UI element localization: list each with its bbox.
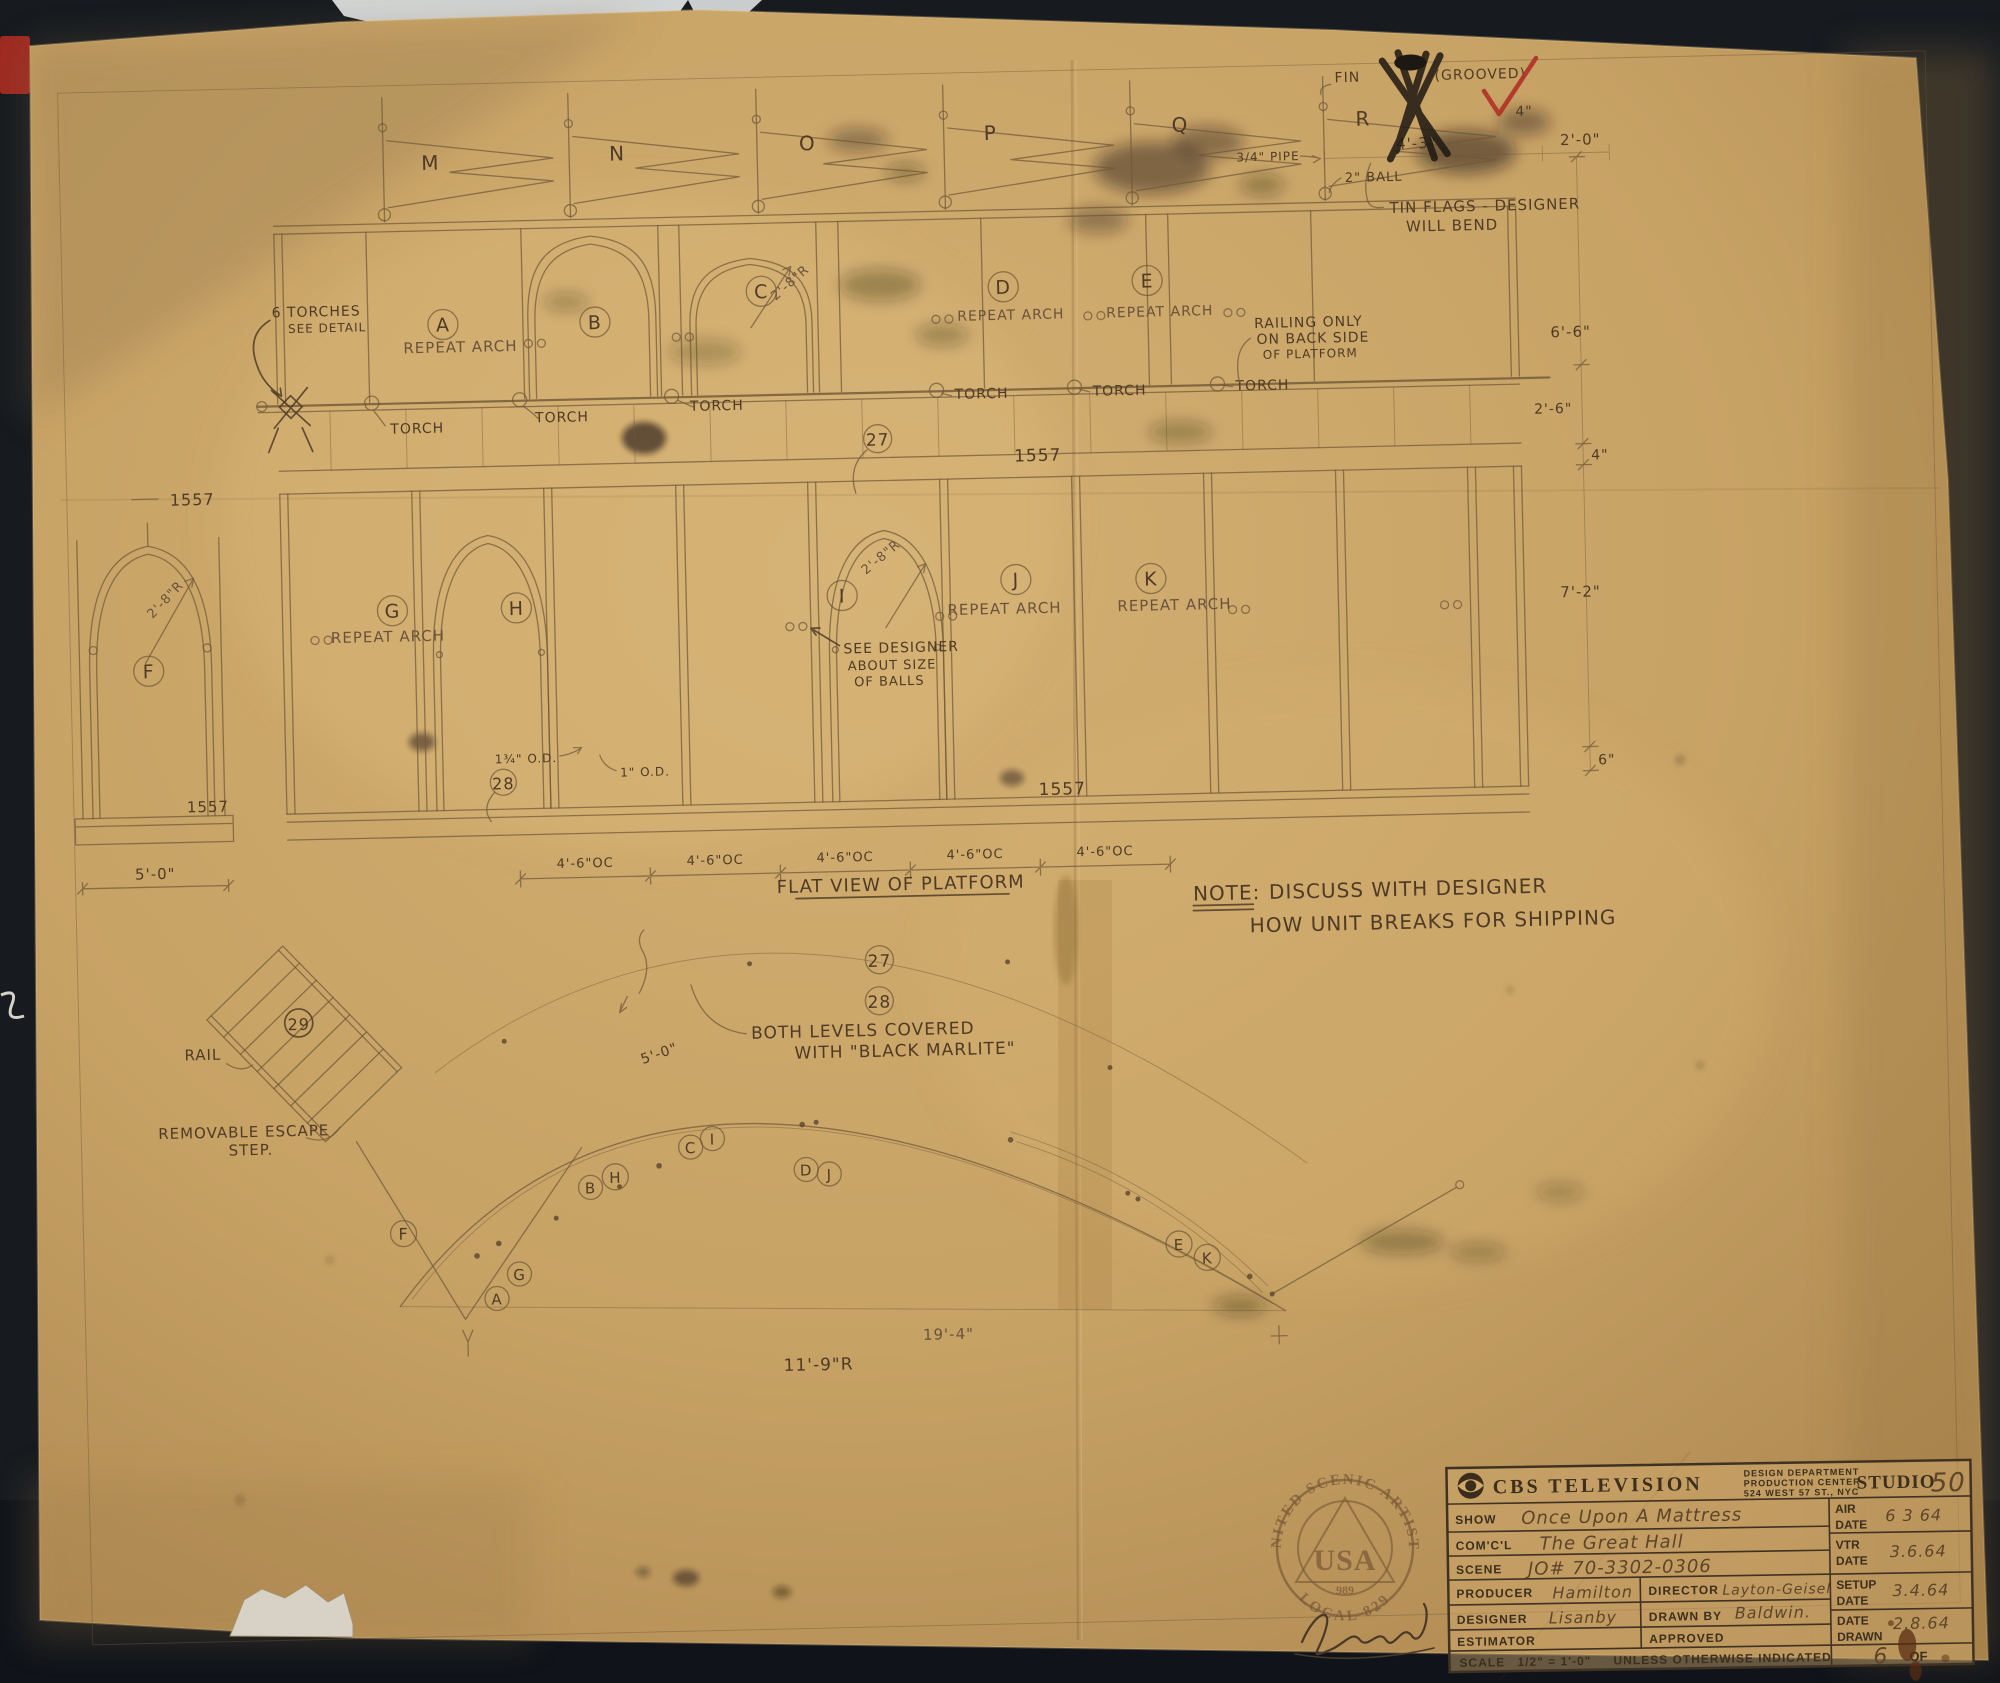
flag-label-o: O — [799, 131, 816, 155]
repeat-arch-j: REPEAT ARCH — [947, 599, 1062, 620]
svg-text:B: B — [585, 1179, 597, 1197]
svg-text:D: D — [800, 1161, 813, 1179]
svg-text:I: I — [710, 1131, 716, 1149]
air-date-label: DATE — [1835, 1518, 1867, 1532]
flag-label-q: Q — [1171, 113, 1188, 137]
dim-2-6: 2'-6" — [1534, 401, 1573, 418]
scale-value: 1/2" = 1'-0" — [1517, 1654, 1591, 1669]
svg-text:J: J — [825, 1166, 832, 1184]
vtr-date-value: 3.6.64 — [1890, 1541, 1947, 1561]
producer-value: Hamilton — [1552, 1582, 1633, 1602]
repeat-arch-a: REPEAT ARCH — [403, 337, 518, 358]
label-1557-upper: 1557 — [1014, 446, 1062, 467]
svg-text:G: G — [384, 601, 400, 623]
torch-label-1: TORCH — [389, 421, 444, 438]
scene-value: JO# 70-3302-0306 — [1525, 1556, 1712, 1580]
company-name: CBS TELEVISION — [1493, 1473, 1703, 1498]
repeat-arch-k: REPEAT ARCH — [1117, 595, 1232, 616]
estimator-label: ESTIMATOR — [1457, 1634, 1536, 1649]
fin-note-2: (GROOVED) — [1434, 66, 1526, 84]
torch-label-2: TORCH — [534, 409, 589, 426]
slab-hatch-right — [1343, 787, 1521, 815]
svg-text:G: G — [513, 1266, 526, 1284]
torches-note-line1: 6 TORCHES — [271, 303, 360, 321]
designer-note-3: OF BALLS — [854, 674, 925, 691]
escape-note-2: STEP. — [228, 1141, 273, 1160]
setup-label: SETUP — [1836, 1577, 1876, 1592]
svg-text:I: I — [839, 585, 846, 607]
stamp-monogram: USA — [1313, 1544, 1376, 1577]
designer-value: Lisanby — [1549, 1607, 1618, 1627]
dim-4-6-5: 4'-6"OC — [1076, 844, 1133, 860]
deck-hatch-left — [421, 466, 551, 490]
svg-text:E: E — [1174, 1236, 1185, 1254]
dim-4-6-4: 4'-6"OC — [946, 847, 1003, 863]
designer-note-1: SEE DESIGNER — [843, 639, 959, 658]
dim-6in: 6" — [1598, 752, 1616, 768]
drawn-date-label: DATE — [1837, 1614, 1869, 1628]
flag-label-r: R — [1355, 106, 1370, 130]
setup-date-value: 3.4.64 — [1892, 1580, 1949, 1600]
svg-text:F: F — [398, 1225, 409, 1244]
svg-text:E: E — [1140, 270, 1154, 292]
dept-line3: 524 WEST 57 ST., NYC — [1744, 1487, 1860, 1499]
torch-label-3: TORCH — [689, 398, 744, 415]
svg-text:28: 28 — [867, 993, 891, 1014]
pipe-note: 3/4" PIPE — [1236, 149, 1300, 164]
paper-sheet — [30, 10, 1995, 1680]
svg-text:27: 27 — [866, 430, 890, 451]
svg-text:27: 27 — [867, 951, 891, 972]
drawnby-label: DRAWN BY — [1649, 1609, 1723, 1624]
railing-note-3: OF PLATFORM — [1263, 346, 1358, 362]
tin-flags-note-2: WILL BEND — [1406, 216, 1499, 236]
scanned-blueprint-photo: M N O P Q R 2'-8"R A B C D — [0, 0, 2000, 1683]
scale-label: SCALE — [1459, 1655, 1505, 1670]
svg-text:28: 28 — [492, 774, 515, 794]
rail-label: RAIL — [184, 1046, 221, 1065]
od-note-134: 1¾" O.D. — [495, 751, 558, 766]
deck-hatch-right — [1335, 444, 1513, 469]
svg-text:A: A — [491, 1290, 503, 1308]
torch-label-5: TORCH — [1091, 383, 1146, 400]
dim-4in: 4" — [1591, 447, 1609, 463]
blueprint-canvas: M N O P Q R 2'-8"R A B C D — [0, 0, 2000, 1683]
stamp-number: 989 — [1336, 1583, 1354, 1597]
dim-4-6-3: 4'-6"OC — [816, 850, 873, 866]
title-block: CBS TELEVISION DESIGN DEPARTMENT PRODUCT… — [1446, 1460, 1973, 1683]
shipping-note-label: NOTE: — [1193, 880, 1261, 906]
vtr-label: VTR — [1836, 1538, 1861, 1552]
svg-text:F: F — [143, 661, 155, 683]
svg-text:D: D — [995, 277, 1011, 299]
svg-text:H: H — [609, 1169, 622, 1187]
sheet-number: 6 — [1873, 1644, 1888, 1669]
director-value: Layton-Geisel — [1722, 1581, 1831, 1599]
show-value: Once Upon A Mattress — [1521, 1504, 1742, 1528]
approved-label: APPROVED — [1649, 1631, 1725, 1646]
dim-6-6: 6'-6" — [1550, 322, 1591, 341]
air-label: AIR — [1835, 1502, 1856, 1516]
dim-5-0: 5'-0" — [135, 865, 176, 884]
flag-label-p: P — [983, 121, 997, 145]
svg-text:K: K — [1144, 568, 1158, 590]
drawnby-value: Baldwin. — [1735, 1602, 1811, 1622]
producer-label: PRODUCER — [1456, 1586, 1533, 1601]
designer-note-2: ABOUT SIZE — [848, 657, 937, 674]
fin-note: FIN — [1334, 70, 1360, 87]
repeat-arch-e: REPEAT ARCH — [1106, 303, 1214, 321]
red-object-edge — [0, 36, 30, 94]
torch-label-6: TORCH — [1234, 377, 1289, 394]
svg-text:B: B — [588, 312, 603, 334]
dim-4-6-1: 4'-6"OC — [556, 856, 613, 872]
vtr-date-label: DATE — [1836, 1554, 1868, 1568]
flag-label-m: M — [421, 151, 440, 175]
dim-19-4: 19'-4" — [923, 1325, 974, 1344]
ball-note: 2" BALL — [1345, 170, 1403, 186]
dim-2-0: 2'-0" — [1560, 130, 1601, 149]
slab-hatch-left — [309, 812, 422, 839]
svg-text:C: C — [685, 1139, 697, 1157]
director-label: DIRECTOR — [1648, 1583, 1719, 1598]
show-label: SHOW — [1455, 1512, 1497, 1527]
drawn-date-value: 2.8.64 — [1893, 1613, 1950, 1633]
studio-number: 50 — [1930, 1468, 1966, 1499]
setup-date-label: DATE — [1836, 1594, 1868, 1608]
marker-29: 29 — [287, 1015, 310, 1035]
torches-note-line2: SEE DETAIL — [288, 320, 367, 336]
svg-text:C: C — [754, 281, 769, 303]
air-date-value: 6 3 64 — [1885, 1505, 1942, 1525]
svg-text:A: A — [436, 314, 450, 336]
comcl-value: The Great Hall — [1539, 1531, 1683, 1554]
comcl-label: COM'C'L — [1456, 1538, 1513, 1553]
repeat-arch-g: REPEAT ARCH — [331, 627, 446, 648]
designer-label: DESIGNER — [1457, 1612, 1528, 1627]
dim-11-9r: 11'-9"R — [783, 1354, 853, 1376]
flag-label-n: N — [609, 141, 626, 165]
repeat-arch-d: REPEAT ARCH — [957, 306, 1065, 324]
dim-4-6-2: 4'-6"OC — [686, 853, 743, 869]
torch-label-4: TORCH — [953, 386, 1008, 403]
svg-text:K: K — [1202, 1249, 1213, 1267]
label-1557-f: 1557 — [187, 797, 230, 816]
scene-label: SCENE — [1456, 1562, 1503, 1577]
dim-4in-top: 4" — [1515, 104, 1533, 120]
dim-7-2: 7'-2" — [1560, 582, 1601, 601]
flat-view-title: FLAT VIEW OF PLATFORM — [777, 871, 1025, 899]
svg-text:J: J — [1011, 569, 1019, 591]
drawn-label: DRAWN — [1837, 1629, 1883, 1644]
svg-text:H: H — [509, 598, 525, 620]
studio-label: STUDIO — [1857, 1471, 1936, 1493]
svg-text:1557: 1557 — [170, 490, 215, 510]
od-note-1: 1" O.D. — [620, 764, 670, 779]
